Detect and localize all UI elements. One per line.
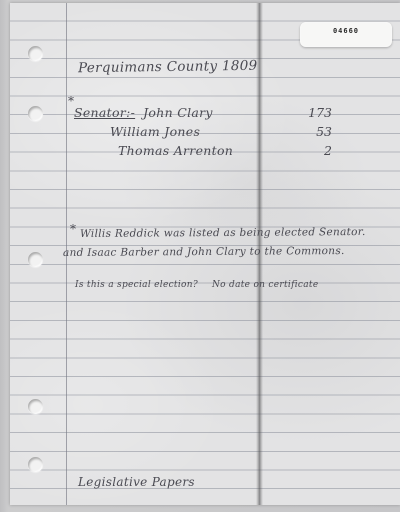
note-asterisk-marker: * — [70, 222, 76, 236]
punch-hole — [28, 457, 43, 472]
punch-hole — [28, 106, 43, 121]
annotation-question: Is this a special election?No date on ce… — [75, 280, 318, 290]
result-row: Senator:-John Clary — [74, 105, 213, 120]
note-line: Willis Reddick was listed as being elect… — [80, 226, 366, 240]
office-label: Senator:- — [74, 105, 135, 120]
annotation-answer-text: No date on certificate — [212, 280, 318, 290]
candidate-name: William Jones — [110, 124, 200, 139]
vote-count: 173 — [296, 105, 332, 120]
notebook-paper-sheet: 04660 Perquimans County 1809 * Senator:-… — [10, 3, 400, 505]
vote-count: 2 — [296, 143, 332, 158]
archive-label-number: 04660 — [333, 27, 359, 35]
document-heading: Perquimans County 1809 — [78, 58, 258, 77]
scan-background: 04660 Perquimans County 1809 * Senator:-… — [0, 0, 400, 512]
annotation-question-text: Is this a special election? — [75, 280, 198, 290]
vote-count: 53 — [296, 124, 332, 139]
punch-hole — [28, 46, 43, 61]
archive-label-sticker: 04660 — [300, 22, 392, 47]
candidate-name: John Clary — [143, 105, 213, 120]
result-row: Thomas Arrenton — [118, 143, 233, 158]
result-row: William Jones — [110, 124, 200, 139]
candidate-name: Thomas Arrenton — [118, 143, 233, 158]
punch-hole — [28, 399, 43, 414]
punch-hole — [28, 252, 43, 267]
note-line: and Isaac Barber and John Clary to the C… — [63, 245, 345, 259]
collection-footer: Legislative Papers — [78, 475, 195, 489]
